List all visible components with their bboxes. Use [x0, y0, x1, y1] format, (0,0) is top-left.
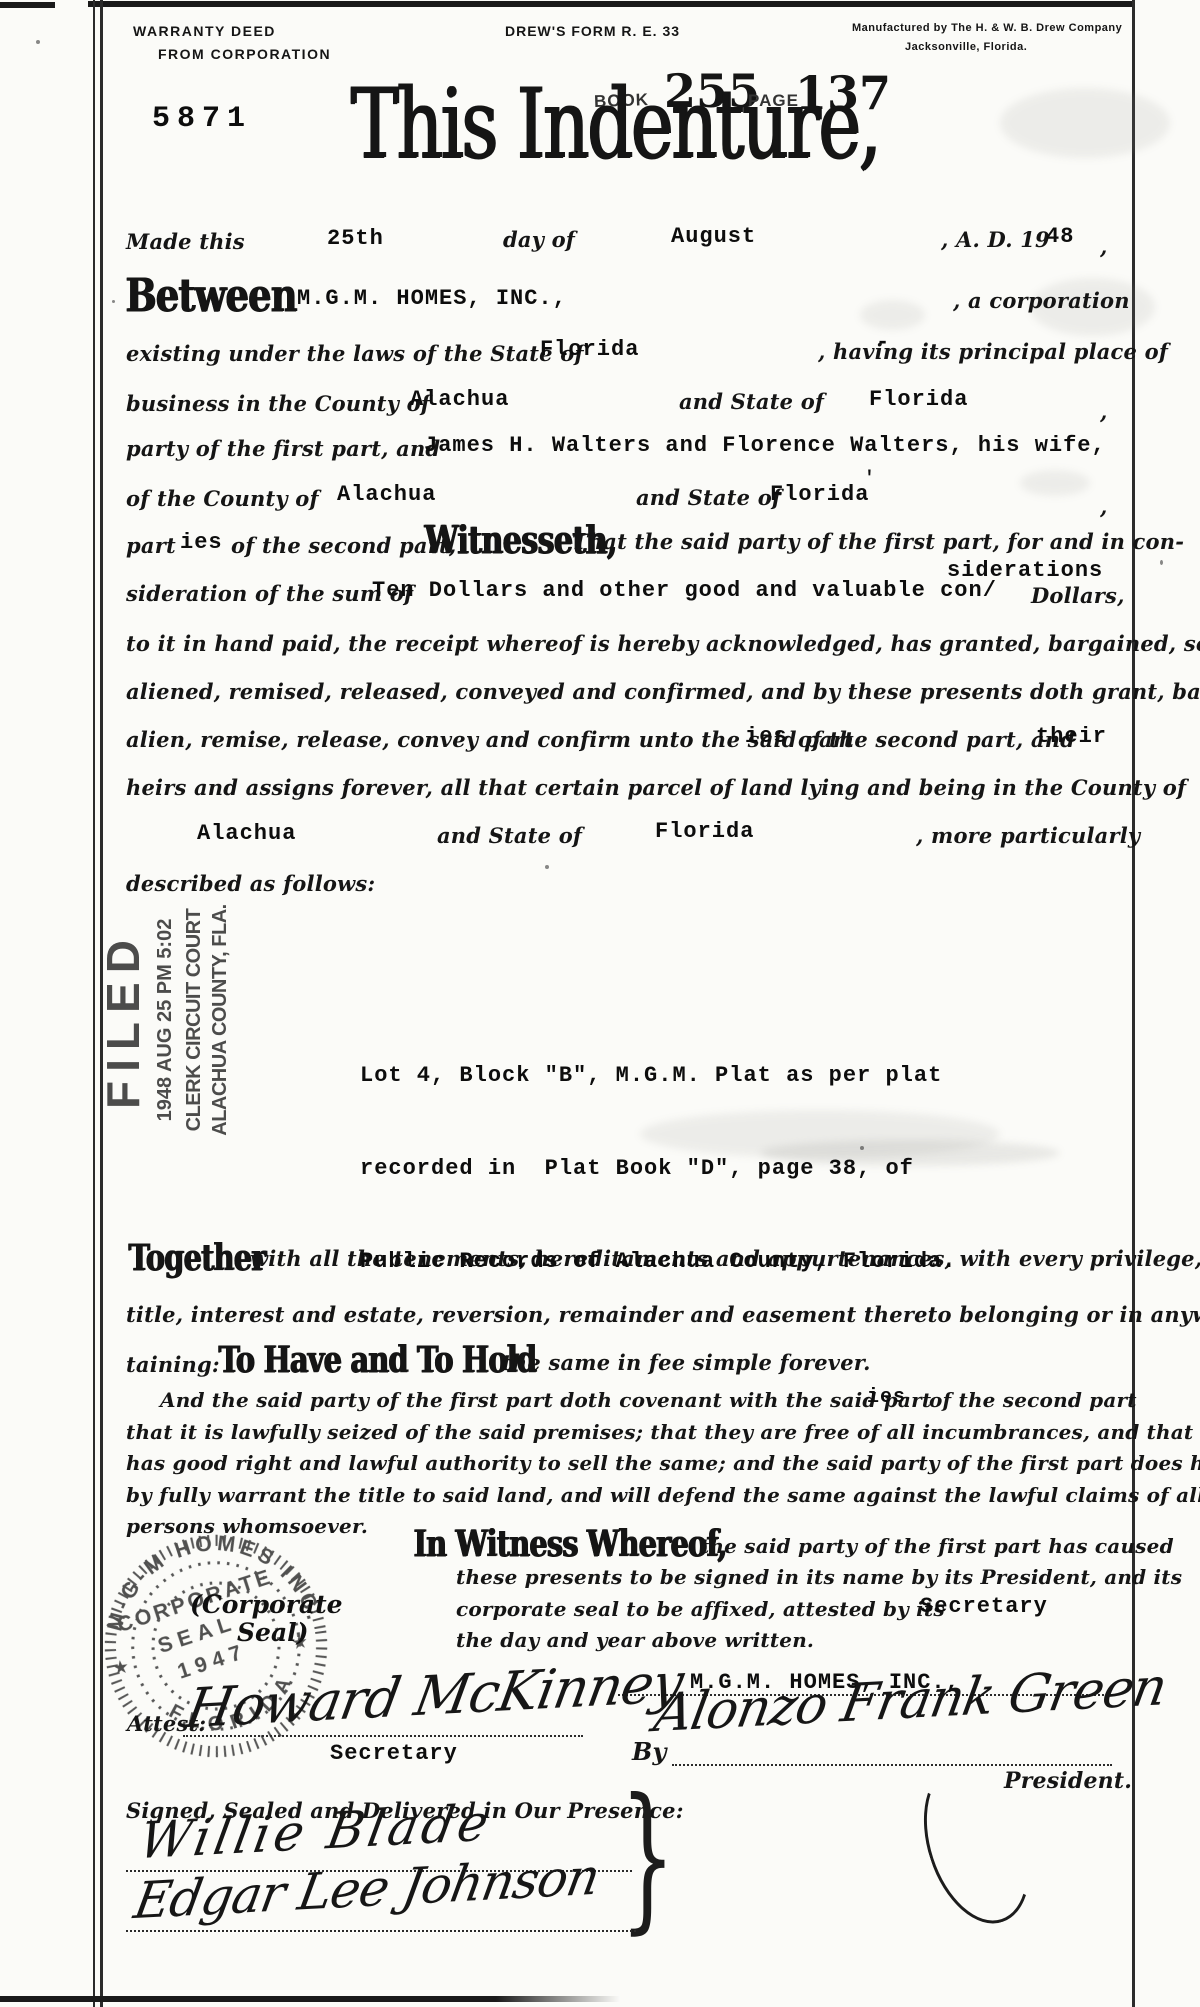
form-printed-text: and State of [437, 825, 582, 846]
ink-smudge [1020, 470, 1090, 496]
filed-stamp-clerk: CLERK CIRCUIT COURT [181, 901, 207, 1139]
manufacturer-line2: Jacksonville, Florida. [905, 42, 1027, 53]
form-printed-text: described as follows: [126, 873, 375, 894]
form-printed-text: That the said party of the first part, f… [572, 531, 1184, 552]
typed-fill-in-text: M.G.M. HOMES, INC., [297, 288, 567, 310]
form-printed-text: business in the County of [126, 393, 430, 414]
form-printed-text: the day and year above written. [456, 1630, 814, 1650]
instrument-number: 5871 [152, 104, 252, 134]
form-printed-text: sideration of the sum of [126, 583, 413, 604]
form-printed-text: of the second part, [231, 535, 456, 556]
form-printed-text: Made this [126, 231, 245, 252]
form-headword: To Have and To Hold [218, 1342, 536, 1378]
form-printed-text: , a corporation [953, 290, 1130, 311]
form-headword: Between [125, 272, 296, 318]
typed-fill-in-text: Florida [869, 389, 968, 411]
witness-brace: } [620, 1778, 675, 1936]
left-border-outer [93, 0, 95, 2007]
typed-fill-in-text: ies [867, 1388, 906, 1408]
top-edge-bar-left [0, 2, 55, 8]
form-printed-text: of the second part, and [798, 729, 1075, 750]
form-headword: In Witness Whereof, [413, 1526, 726, 1562]
printed-corporate-seal-label-line2: Seal) [237, 1620, 308, 1645]
ink-speck [112, 300, 115, 303]
typed-fill-in-text: James H. Walters and Florence Walters, h… [424, 435, 1106, 457]
ink-speck [1160, 560, 1163, 565]
seal-star-left: ★ [111, 1657, 130, 1680]
typed-fill-in-text: 48 [1046, 226, 1074, 248]
form-printed-text: of the second part [929, 1390, 1137, 1410]
form-printed-text: , A. D. 19 [941, 229, 1050, 250]
form-headword: Together [128, 1240, 265, 1276]
witness2-signature-line [126, 1930, 636, 1932]
form-printed-text: corporate seal to be affixed, attested b… [456, 1599, 945, 1619]
form-printed-text: to it in hand paid, the receipt whereof … [126, 633, 1200, 654]
form-printed-text: that it is lawfully seized of the said p… [126, 1422, 1200, 1442]
typed-fill-in-text: ′ [864, 470, 876, 488]
typed-fill-in-text: their [1036, 726, 1107, 748]
attest-signature-line [183, 1735, 583, 1737]
form-printed-text: , having its principal place of [818, 341, 1168, 362]
form-printed-text: , more particularly [916, 825, 1140, 846]
president-signature-line [672, 1764, 1112, 1766]
typed-fill-in-text: August [671, 226, 756, 248]
ink-smudge [860, 300, 925, 330]
typed-fill-in-text: Florida [655, 821, 754, 843]
document-title: This Indenture, [350, 76, 879, 172]
president-title: President. [1004, 1770, 1132, 1792]
form-printed-text: existing under the laws of the State of [126, 343, 584, 364]
doc-type-line2: FROM CORPORATION [158, 47, 331, 61]
ink-speck [545, 865, 549, 869]
filed-stamp-word: FILED [97, 901, 149, 1139]
typed-fill-in-text: Florida [540, 339, 639, 361]
form-printed-text: , [1100, 496, 1108, 517]
ink-smudge [1000, 88, 1170, 158]
form-printed-text: the said party of the first part has cau… [700, 1536, 1174, 1556]
form-printed-text: day of [503, 229, 575, 250]
corporate-seal-stamp: M-G-M HOMES INC. FLORIDA ★ ★ CORPORATE S… [79, 1503, 352, 1790]
bottom-edge-bar [0, 1996, 620, 2002]
form-printed-text: has good right and lawful authority to s… [126, 1453, 1200, 1473]
corporate-seal-graphic: M-G-M HOMES INC. FLORIDA ★ ★ CORPORATE S… [79, 1503, 352, 1790]
typed-fill-in-text: Alachua [337, 484, 436, 506]
typed-fill-in-text: Secretary [920, 1596, 1048, 1618]
manufacturer-line1: Manufactured by The H. & W. B. Drew Comp… [852, 23, 1122, 34]
property-description: Lot 4, Block "B", M.G.M. Plat as per pla… [360, 998, 957, 1339]
top-edge-bar [88, 1, 1133, 7]
attest-title: Secretary [330, 1743, 458, 1765]
form-printed-text: the same in fee simple forever. [502, 1352, 871, 1373]
form-printed-text: Dollars, [1031, 585, 1125, 606]
deed-document-page: WARRANTY DEED FROM CORPORATION DREW'S FO… [0, 0, 1200, 2007]
typed-fill-in-text: Ten Dollars and other good and valuable … [372, 580, 997, 602]
form-printed-text: heirs and assigns forever, all that cert… [126, 777, 1186, 798]
form-printed-text: these presents to be signed in its name … [456, 1567, 1182, 1587]
form-printed-text: aliened, remised, released, conveyed and… [126, 681, 1200, 702]
ink-speck [36, 40, 40, 44]
form-printed-text: part [126, 535, 176, 556]
doc-type-line1: WARRANTY DEED [133, 24, 276, 38]
form-printed-text: , [1100, 401, 1108, 422]
typed-fill-in-text: 25th [327, 228, 384, 250]
filed-stamp-county: ALACHUA COUNTY, FLA. [207, 901, 233, 1139]
form-reference: DREW'S FORM R. E. 33 [505, 24, 680, 38]
form-printed-text: and State of [636, 487, 781, 508]
form-printed-text: by fully warrant the title to said land,… [126, 1485, 1200, 1505]
printed-corporate-seal-label-line1: (Corporate [190, 1592, 343, 1617]
property-description-line: recorded in Plat Book "D", page 38, of [360, 1153, 957, 1184]
form-printed-text: and State of [679, 391, 824, 412]
form-printed-text: taining: [126, 1354, 220, 1375]
typed-fill-in-text: Alachua [197, 823, 296, 845]
filed-stamp-datetime: 1948 AUG 25 PM 5:02 [149, 901, 181, 1139]
form-printed-text: of the County of [126, 488, 319, 509]
form-printed-text: party of the first part, and [126, 438, 440, 459]
form-printed-text: , [1100, 236, 1108, 257]
typed-fill-in-text: Alachua [410, 389, 509, 411]
property-description-line: Lot 4, Block "B", M.G.M. Plat as per pla… [360, 1060, 957, 1091]
form-printed-text: And the said party of the first part dot… [160, 1390, 931, 1410]
typed-fill-in-text: ies [180, 532, 223, 554]
property-description-line: Public Records of Alachua County, Florid… [360, 1246, 957, 1277]
typed-fill-in-text: ies [745, 726, 788, 748]
filed-stamp: FILED 1948 AUG 25 PM 5:02 CLERK CIRCUIT … [97, 901, 253, 1139]
typed-fill-in-text: Florida [770, 484, 869, 506]
